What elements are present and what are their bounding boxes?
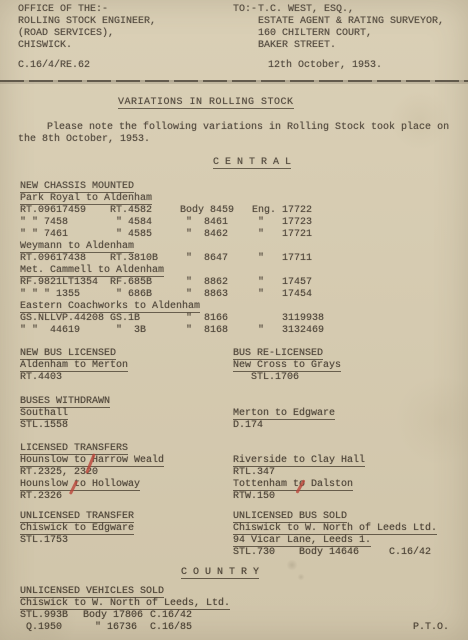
sender-address-line: CHISWICK. (18, 40, 156, 52)
chassis-number: GS.NLLVP.44208 (20, 313, 110, 325)
body-number: " 8168 (180, 325, 252, 337)
sender-address-line: OFFICE OF THE:- (18, 4, 156, 16)
buses-withdrawn-block: BUSES WITHDRAWN Southall STL.1558 (20, 396, 110, 432)
section-heading: BUS RE-LICENSED (233, 348, 341, 360)
fleet-number: D.174 (233, 420, 335, 432)
chassis-number: RF.9821LT1354 (20, 277, 110, 289)
new-bus-licensed-block: NEW BUS LICENSED Aldenham to Merton RT.4… (20, 348, 128, 384)
reference-code: C.16/85 (150, 622, 230, 634)
chassis-number: " " 7458 (20, 217, 110, 229)
chassis-number: RT.09617438 (20, 253, 110, 265)
route-heading: Southall (20, 408, 110, 420)
fleet-number: STL.993B (20, 610, 83, 622)
recipient-address-line: BAKER STREET. (258, 40, 444, 52)
pto-label: P.T.O. (413, 622, 449, 634)
route-heading: Met. Cammell to Aldenham (20, 265, 460, 277)
chassis-row: " " 7461 " 4585 " 8462 " 17721 (20, 229, 460, 241)
sender-address: OFFICE OF THE:- ROLLING STOCK ENGINEER, … (18, 4, 156, 52)
route-heading: Weymann to Aldenham (20, 241, 460, 253)
unlicensed-transfer-block: UNLICENSED TRANSFER Chiswick to Edgware … (20, 511, 134, 547)
reference-number: C.16/4/RE.62 (18, 60, 90, 72)
chassis-row: " " 44619 " 3B " 8168 " 3132469 (20, 325, 460, 337)
section-heading: BUSES WITHDRAWN (20, 396, 110, 408)
intro-line: Please note the following variations in … (18, 122, 458, 134)
route-heading: New Cross to Grays (233, 360, 341, 372)
withdrawn-right-block: Merton to Edgware D.174 (233, 396, 335, 432)
route-heading: Hounslow to Holloway (20, 479, 164, 491)
unlicensed-vehicles-sold-section: UNLICENSED VEHICLES SOLD Chiswick to W. … (20, 586, 230, 634)
chassis-row: RT.09617438 RT.3810B " 8647 " 17711 (20, 253, 460, 265)
chassis-number: RT.09617459 (20, 205, 110, 217)
reference-code: C.16/42 (150, 610, 230, 622)
sender-address-line: ROLLING STOCK ENGINEER, (18, 16, 156, 28)
intro-paragraph: Please note the following variations in … (18, 122, 458, 146)
chassis-row: GS.NLLVP.44208 GS.1B " 8166 3119938 (20, 313, 460, 325)
fleet-number: " 686B (110, 289, 180, 301)
section-heading: UNLICENSED VEHICLES SOLD (20, 586, 230, 598)
fleet-number: RT.3810B (110, 253, 180, 265)
section-heading: NEW BUS LICENSED (20, 348, 128, 360)
recipient-address-line: ESTATE AGENT & RATING SURVEYOR, (258, 16, 444, 28)
separator-rule (0, 80, 468, 82)
new-chassis-mounted-section: NEW CHASSIS MOUNTED Park Royal to Aldenh… (20, 181, 460, 337)
fleet-number: RT.4403 (20, 372, 128, 384)
fleet-number: " 4585 (110, 229, 180, 241)
engine-number: " 17711 (252, 253, 460, 265)
engine-number: Eng. 17722 (252, 205, 460, 217)
chassis-row: RT.09617459 RT.4582 Body 8459 Eng. 17722 (20, 205, 460, 217)
fleet-number: " 4584 (110, 217, 180, 229)
body-number: " 16736 (83, 622, 150, 634)
fleet-number: STL.730 Body 14646 C.16/42 (233, 547, 437, 559)
document-title: VARIATIONS IN ROLLING STOCK (118, 97, 294, 109)
sender-address-line: (ROAD SERVICES), (18, 28, 156, 40)
section-heading: UNLICENSED TRANSFER (20, 511, 134, 523)
vehicle-row: Q.1950 " 16736 C.16/85 (20, 622, 230, 634)
new-chassis-heading: NEW CHASSIS MOUNTED (20, 181, 460, 193)
document-date: 12th October, 1953. (268, 60, 382, 72)
body-number: " 8461 (180, 217, 252, 229)
buyer-line: Chiswick to W. North of Leeds, Ltd. (20, 598, 230, 610)
fleet-number: RT.2326 (20, 491, 164, 503)
scanned-memo-page: { "colors": { "paper": "#d8cdb2", "ink":… (0, 0, 468, 640)
fleet-number: RT.4582 (110, 205, 180, 217)
body-number: " 8166 (180, 313, 252, 325)
fleet-number: RTW.150 (233, 491, 365, 503)
chassis-row: " " 7458 " 4584 " 8461 " 17723 (20, 217, 460, 229)
central-section-heading: C E N T R A L (213, 157, 291, 169)
fleet-number: RTL.347 (233, 467, 365, 479)
bus-relicensed-block: BUS RE-LICENSED New Cross to Grays STL.1… (233, 348, 341, 384)
fleet-number: STL.1558 (20, 420, 110, 432)
engine-number: " 17721 (252, 229, 460, 241)
body-number: " 8863 (180, 289, 252, 301)
country-section-heading: C O U N T R Y (181, 567, 259, 579)
fleet-number: Q.1950 (20, 622, 83, 634)
vehicle-row: STL.993B Body 17806 C.16/42 (20, 610, 230, 622)
unlicensed-bus-sold-block: UNLICENSED BUS SOLD Chiswick to W. North… (233, 511, 437, 559)
body-number: Body 8459 (180, 205, 252, 217)
intro-line: the 8th October, 1953. (18, 134, 458, 146)
fleet-number: " 3B (110, 325, 180, 337)
route-heading: Eastern Coachworks to Aldenham (20, 301, 460, 313)
buyer-line: Chiswick to W. North of Leeds Ltd. (233, 523, 437, 535)
fleet-number: STL.1706 (233, 372, 341, 384)
to-label: TO:- (233, 4, 257, 16)
route-heading: Riverside to Clay Hall (233, 455, 365, 467)
fleet-number: RF.685B (110, 277, 180, 289)
chassis-row: " " " 1355 " 686B " 8863 " 17454 (20, 289, 460, 301)
fleet-number: STL.1753 (20, 535, 134, 547)
section-heading: UNLICENSED BUS SOLD (233, 511, 437, 523)
body-number: " 8462 (180, 229, 252, 241)
engine-number: 3119938 (252, 313, 460, 325)
recipient-address-line: 160 CHILTERN COURT, (258, 28, 444, 40)
recipient-address: TO:- T.C. WEST, ESQ., ESTATE AGENT & RAT… (233, 4, 444, 52)
engine-number: " 17454 (252, 289, 460, 301)
buyer-line: 94 Vicar Lane, Leeds 1. (233, 535, 437, 547)
licensed-transfers-block: LICENSED TRANSFERS Hounslow to Harrow We… (20, 443, 164, 503)
engine-number: " 17723 (252, 217, 460, 229)
engine-number: " 3132469 (252, 325, 460, 337)
chassis-number: " " " 1355 (20, 289, 110, 301)
transfers-right-block: Riverside to Clay Hall RTL.347 Tottenham… (233, 443, 365, 503)
body-number: " 8647 (180, 253, 252, 265)
route-heading: Chiswick to Edgware (20, 523, 134, 535)
fleet-number: GS.1B (110, 313, 180, 325)
route-heading: Merton to Edgware (233, 408, 335, 420)
body-number: " 8862 (180, 277, 252, 289)
route-heading: Aldenham to Merton (20, 360, 128, 372)
chassis-row: RF.9821LT1354 RF.685B " 8862 " 17457 (20, 277, 460, 289)
fleet-number: RT.2325, 2320 (20, 467, 164, 479)
chassis-number: " " 44619 (20, 325, 110, 337)
engine-number: " 17457 (252, 277, 460, 289)
recipient-address-line: T.C. WEST, ESQ., (258, 4, 444, 16)
chassis-number: " " 7461 (20, 229, 110, 241)
route-heading: Park Royal to Aldenham (20, 193, 460, 205)
body-number: Body 17806 (83, 610, 150, 622)
